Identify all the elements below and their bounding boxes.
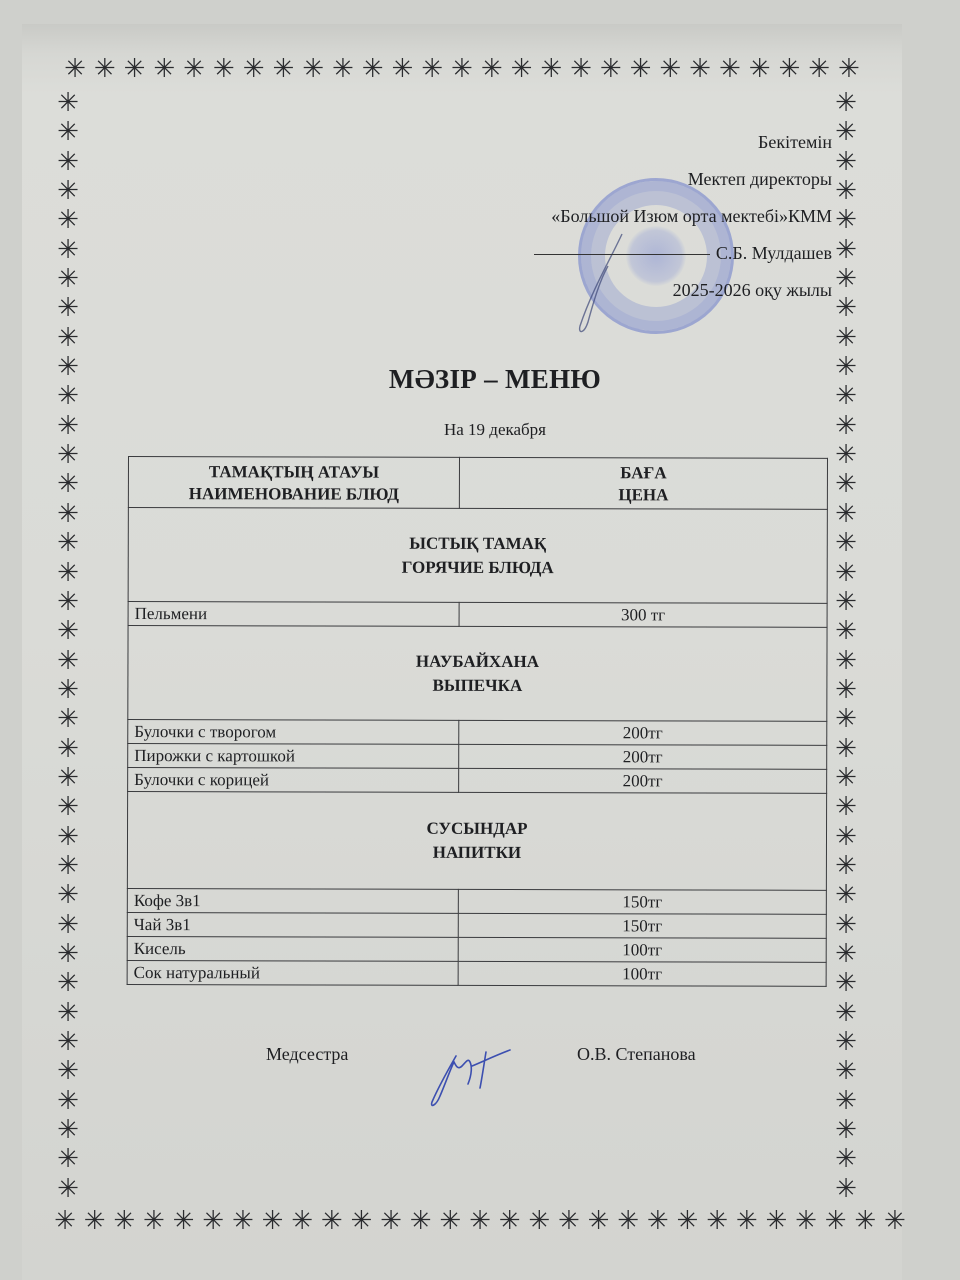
asterisk-ornament-icon: ✳ xyxy=(319,1208,345,1234)
asterisk-ornament-icon: ✳ xyxy=(833,207,859,233)
asterisk-ornament-icon: ✳ xyxy=(833,237,859,263)
dish-price: 100тг xyxy=(458,961,826,986)
section-row: НАУБАЙХАНАВЫПЕЧКА xyxy=(128,626,827,722)
asterisk-ornament-icon: ✳ xyxy=(497,1208,523,1234)
asterisk-ornament-icon: ✳ xyxy=(200,1208,226,1234)
asterisk-ornament-icon: ✳ xyxy=(55,912,81,938)
asterisk-ornament-icon: ✳ xyxy=(330,56,356,82)
asterisk-ornament-icon: ✳ xyxy=(734,1208,760,1234)
asterisk-ornament-icon: ✳ xyxy=(833,295,859,321)
asterisk-ornament-icon: ✳ xyxy=(389,56,415,82)
asterisk-ornament-icon: ✳ xyxy=(747,56,773,82)
asterisk-ornament-icon: ✳ xyxy=(55,794,81,820)
table-row: Пирожки с картошкой200тг xyxy=(128,744,827,770)
asterisk-ornament-icon: ✳ xyxy=(55,882,81,908)
asterisk-ornament-icon: ✳ xyxy=(55,677,81,703)
asterisk-ornament-icon: ✳ xyxy=(230,1208,256,1234)
table-row: Кофе 3в1150тг xyxy=(127,888,826,914)
dish-price: 200тг xyxy=(459,744,827,769)
asterisk-ornament-icon: ✳ xyxy=(793,1208,819,1234)
asterisk-ornament-icon: ✳ xyxy=(763,1208,789,1234)
border-bottom: ✳✳✳✳✳✳✳✳✳✳✳✳✳✳✳✳✳✳✳✳✳✳✳✳✳✳✳✳✳ xyxy=(52,1208,908,1234)
asterisk-ornament-icon: ✳ xyxy=(55,178,81,204)
asterisk-ornament-icon: ✳ xyxy=(833,706,859,732)
signature-underline xyxy=(534,254,710,255)
asterisk-ornament-icon: ✳ xyxy=(111,1208,137,1234)
table-row: Пельмени300 тг xyxy=(128,602,827,628)
asterisk-ornament-icon: ✳ xyxy=(55,1176,81,1202)
asterisk-ornament-icon: ✳ xyxy=(270,56,296,82)
asterisk-ornament-icon: ✳ xyxy=(55,765,81,791)
header-dish-name-ru: НАИМЕНОВАНИЕ БЛЮД xyxy=(189,484,399,504)
asterisk-ornament-icon: ✳ xyxy=(82,1208,108,1234)
border-left: ✳✳✳✳✳✳✳✳✳✳✳✳✳✳✳✳✳✳✳✳✳✳✳✳✳✳✳✳✳✳✳✳✳✳✳✳✳✳ xyxy=(55,90,81,1202)
asterisk-ornament-icon: ✳ xyxy=(479,56,505,82)
approved-label: Бекітемін xyxy=(534,124,832,161)
asterisk-ornament-icon: ✳ xyxy=(833,1088,859,1114)
dish-price: 100тг xyxy=(458,937,826,962)
academic-year: 2025-2026 оқу жылы xyxy=(534,272,832,309)
table-header-row: ТАМАҚТЫҢ АТАУЫ НАИМЕНОВАНИЕ БЛЮД БАҒА ЦЕ… xyxy=(128,457,827,510)
asterisk-ornament-icon: ✳ xyxy=(598,56,624,82)
asterisk-ornament-icon: ✳ xyxy=(92,56,118,82)
asterisk-ornament-icon: ✳ xyxy=(62,56,88,82)
asterisk-ornament-icon: ✳ xyxy=(833,530,859,556)
asterisk-ornament-icon: ✳ xyxy=(55,824,81,850)
asterisk-ornament-icon: ✳ xyxy=(55,119,81,145)
section-title: НАУБАЙХАНАВЫПЕЧКА xyxy=(128,626,827,722)
asterisk-ornament-icon: ✳ xyxy=(833,119,859,145)
asterisk-ornament-icon: ✳ xyxy=(833,501,859,527)
asterisk-ornament-icon: ✳ xyxy=(55,207,81,233)
asterisk-ornament-icon: ✳ xyxy=(55,325,81,351)
asterisk-ornament-icon: ✳ xyxy=(259,1208,285,1234)
dish-name: Кисель xyxy=(127,936,458,961)
asterisk-ornament-icon: ✳ xyxy=(437,1208,463,1234)
asterisk-ornament-icon: ✳ xyxy=(833,824,859,850)
handwritten-signature-icon xyxy=(428,1044,518,1108)
menu-table: ТАМАҚТЫҢ АТАУЫ НАИМЕНОВАНИЕ БЛЮД БАҒА ЦЕ… xyxy=(127,456,828,987)
asterisk-ornament-icon: ✳ xyxy=(348,1208,374,1234)
table-row: Булочки с творогом200тг xyxy=(128,720,827,746)
asterisk-ornament-icon: ✳ xyxy=(687,56,713,82)
asterisk-ornament-icon: ✳ xyxy=(55,970,81,996)
asterisk-ornament-icon: ✳ xyxy=(833,1146,859,1172)
asterisk-ornament-icon: ✳ xyxy=(657,56,683,82)
header-price-kz: БАҒА xyxy=(620,463,666,482)
asterisk-ornament-icon: ✳ xyxy=(55,589,81,615)
asterisk-ornament-icon: ✳ xyxy=(717,56,743,82)
asterisk-ornament-icon: ✳ xyxy=(55,90,81,116)
asterisk-ornament-icon: ✳ xyxy=(55,295,81,321)
asterisk-ornament-icon: ✳ xyxy=(55,266,81,292)
asterisk-ornament-icon: ✳ xyxy=(833,1000,859,1026)
asterisk-ornament-icon: ✳ xyxy=(833,1029,859,1055)
dish-name: Пельмени xyxy=(128,602,459,627)
asterisk-ornament-icon: ✳ xyxy=(408,1208,434,1234)
asterisk-ornament-icon: ✳ xyxy=(833,1117,859,1143)
dish-name: Сок натуральный xyxy=(127,960,458,985)
asterisk-ornament-icon: ✳ xyxy=(645,1208,671,1234)
asterisk-ornament-icon: ✳ xyxy=(55,237,81,263)
header-price: БАҒА ЦЕНА xyxy=(459,457,827,509)
director-name: С.Б. Мулдашев xyxy=(716,243,832,263)
asterisk-ornament-icon: ✳ xyxy=(833,794,859,820)
asterisk-ornament-icon: ✳ xyxy=(378,1208,404,1234)
dish-name: Кофе 3в1 xyxy=(127,888,458,913)
asterisk-ornament-icon: ✳ xyxy=(419,56,445,82)
dish-price: 150тг xyxy=(458,889,826,914)
approval-block: Бекітемін Мектеп директоры «Большой Изюм… xyxy=(534,124,832,309)
asterisk-ornament-icon: ✳ xyxy=(833,178,859,204)
asterisk-ornament-icon: ✳ xyxy=(833,912,859,938)
asterisk-ornament-icon: ✳ xyxy=(289,1208,315,1234)
asterisk-ornament-icon: ✳ xyxy=(55,471,81,497)
asterisk-ornament-icon: ✳ xyxy=(615,1208,641,1234)
dish-name: Булочки с корицей xyxy=(128,768,459,793)
asterisk-ornament-icon: ✳ xyxy=(833,1176,859,1202)
section-title-kz: НАУБАЙХАНА xyxy=(416,651,539,670)
asterisk-ornament-icon: ✳ xyxy=(55,1029,81,1055)
asterisk-ornament-icon: ✳ xyxy=(833,1058,859,1084)
asterisk-ornament-icon: ✳ xyxy=(241,56,267,82)
asterisk-ornament-icon: ✳ xyxy=(467,1208,493,1234)
section-title-ru: ГОРЯЧИЕ БЛЮДА xyxy=(402,557,554,576)
table-row: Булочки с корицей200тг xyxy=(128,768,827,794)
table-row: Кисель100тг xyxy=(127,936,826,962)
director-signature-line: С.Б. Мулдашев xyxy=(534,235,832,272)
asterisk-ornament-icon: ✳ xyxy=(55,501,81,527)
nurse-name: О.В. Степанова xyxy=(577,1044,696,1065)
asterisk-ornament-icon: ✳ xyxy=(55,853,81,879)
asterisk-ornament-icon: ✳ xyxy=(833,970,859,996)
asterisk-ornament-icon: ✳ xyxy=(556,1208,582,1234)
section-title-ru: ВЫПЕЧКА xyxy=(433,675,523,694)
asterisk-ornament-icon: ✳ xyxy=(823,1208,849,1234)
asterisk-ornament-icon: ✳ xyxy=(833,149,859,175)
header-dish-name: ТАМАҚТЫҢ АТАУЫ НАИМЕНОВАНИЕ БЛЮД xyxy=(128,457,459,509)
asterisk-ornament-icon: ✳ xyxy=(674,1208,700,1234)
asterisk-ornament-icon: ✳ xyxy=(171,1208,197,1234)
asterisk-ornament-icon: ✳ xyxy=(833,765,859,791)
asterisk-ornament-icon: ✳ xyxy=(55,706,81,732)
asterisk-ornament-icon: ✳ xyxy=(55,149,81,175)
asterisk-ornament-icon: ✳ xyxy=(568,56,594,82)
section-title-kz: ЫСТЫҚ ТАМАҚ xyxy=(409,533,546,552)
asterisk-ornament-icon: ✳ xyxy=(704,1208,730,1234)
asterisk-ornament-icon: ✳ xyxy=(836,56,862,82)
header-dish-name-kz: ТАМАҚТЫҢ АТАУЫ xyxy=(209,462,379,481)
asterisk-ornament-icon: ✳ xyxy=(55,530,81,556)
page-title: МӘЗІР – МЕНЮ xyxy=(0,364,960,395)
asterisk-ornament-icon: ✳ xyxy=(55,736,81,762)
asterisk-ornament-icon: ✳ xyxy=(776,56,802,82)
asterisk-ornament-icon: ✳ xyxy=(833,471,859,497)
asterisk-ornament-icon: ✳ xyxy=(833,853,859,879)
border-top: ✳✳✳✳✳✳✳✳✳✳✳✳✳✳✳✳✳✳✳✳✳✳✳✳✳✳✳ xyxy=(62,56,862,82)
asterisk-ornament-icon: ✳ xyxy=(628,56,654,82)
asterisk-ornament-icon: ✳ xyxy=(833,618,859,644)
asterisk-ornament-icon: ✳ xyxy=(55,648,81,674)
organization-name: «Большой Изюм орта мектебі»КММ xyxy=(534,198,832,235)
asterisk-ornament-icon: ✳ xyxy=(360,56,386,82)
asterisk-ornament-icon: ✳ xyxy=(141,1208,167,1234)
asterisk-ornament-icon: ✳ xyxy=(526,1208,552,1234)
asterisk-ornament-icon: ✳ xyxy=(508,56,534,82)
asterisk-ornament-icon: ✳ xyxy=(151,56,177,82)
asterisk-ornament-icon: ✳ xyxy=(833,442,859,468)
asterisk-ornament-icon: ✳ xyxy=(833,560,859,586)
asterisk-ornament-icon: ✳ xyxy=(833,266,859,292)
section-title: ЫСТЫҚ ТАМАҚГОРЯЧИЕ БЛЮДА xyxy=(128,508,827,604)
asterisk-ornament-icon: ✳ xyxy=(55,941,81,967)
asterisk-ornament-icon: ✳ xyxy=(55,442,81,468)
header-price-ru: ЦЕНА xyxy=(618,485,668,504)
border-right: ✳✳✳✳✳✳✳✳✳✳✳✳✳✳✳✳✳✳✳✳✳✳✳✳✳✳✳✳✳✳✳✳✳✳✳✳✳✳ xyxy=(833,90,859,1202)
asterisk-ornament-icon: ✳ xyxy=(122,56,148,82)
dish-price: 150тг xyxy=(458,913,826,938)
dish-name: Чай 3в1 xyxy=(127,912,458,937)
asterisk-ornament-icon: ✳ xyxy=(55,1088,81,1114)
asterisk-ornament-icon: ✳ xyxy=(833,325,859,351)
section-title: СУСЫНДАРНАПИТКИ xyxy=(127,792,826,891)
asterisk-ornament-icon: ✳ xyxy=(55,1146,81,1172)
section-row: ЫСТЫҚ ТАМАҚГОРЯЧИЕ БЛЮДА xyxy=(128,508,827,604)
asterisk-ornament-icon: ✳ xyxy=(806,56,832,82)
director-position: Мектеп директоры xyxy=(534,161,832,198)
asterisk-ornament-icon: ✳ xyxy=(300,56,326,82)
asterisk-ornament-icon: ✳ xyxy=(882,1208,908,1234)
asterisk-ornament-icon: ✳ xyxy=(833,882,859,908)
asterisk-ornament-icon: ✳ xyxy=(833,677,859,703)
dish-name: Булочки с творогом xyxy=(128,720,459,745)
asterisk-ornament-icon: ✳ xyxy=(449,56,475,82)
asterisk-ornament-icon: ✳ xyxy=(586,1208,612,1234)
asterisk-ornament-icon: ✳ xyxy=(211,56,237,82)
section-title-ru: НАПИТКИ xyxy=(433,843,521,862)
table-row: Чай 3в1150тг xyxy=(127,912,826,938)
section-row: СУСЫНДАРНАПИТКИ xyxy=(127,792,826,891)
asterisk-ornament-icon: ✳ xyxy=(55,1117,81,1143)
asterisk-ornament-icon: ✳ xyxy=(833,648,859,674)
asterisk-ornament-icon: ✳ xyxy=(55,1000,81,1026)
asterisk-ornament-icon: ✳ xyxy=(833,90,859,116)
dish-price: 200тг xyxy=(459,768,827,793)
dish-price: 300 тг xyxy=(459,602,827,627)
asterisk-ornament-icon: ✳ xyxy=(833,941,859,967)
menu-date: На 19 декабря xyxy=(0,420,960,440)
asterisk-ornament-icon: ✳ xyxy=(55,1058,81,1084)
section-title-kz: СУСЫНДАР xyxy=(426,819,527,838)
nurse-role: Медсестра xyxy=(266,1044,348,1065)
table-row: Сок натуральный100тг xyxy=(127,960,826,986)
dish-name: Пирожки с картошкой xyxy=(128,744,459,769)
asterisk-ornament-icon: ✳ xyxy=(55,618,81,644)
asterisk-ornament-icon: ✳ xyxy=(538,56,564,82)
asterisk-ornament-icon: ✳ xyxy=(52,1208,78,1234)
asterisk-ornament-icon: ✳ xyxy=(833,589,859,615)
asterisk-ornament-icon: ✳ xyxy=(833,736,859,762)
dish-price: 200тг xyxy=(459,720,827,745)
asterisk-ornament-icon: ✳ xyxy=(181,56,207,82)
asterisk-ornament-icon: ✳ xyxy=(852,1208,878,1234)
asterisk-ornament-icon: ✳ xyxy=(55,560,81,586)
